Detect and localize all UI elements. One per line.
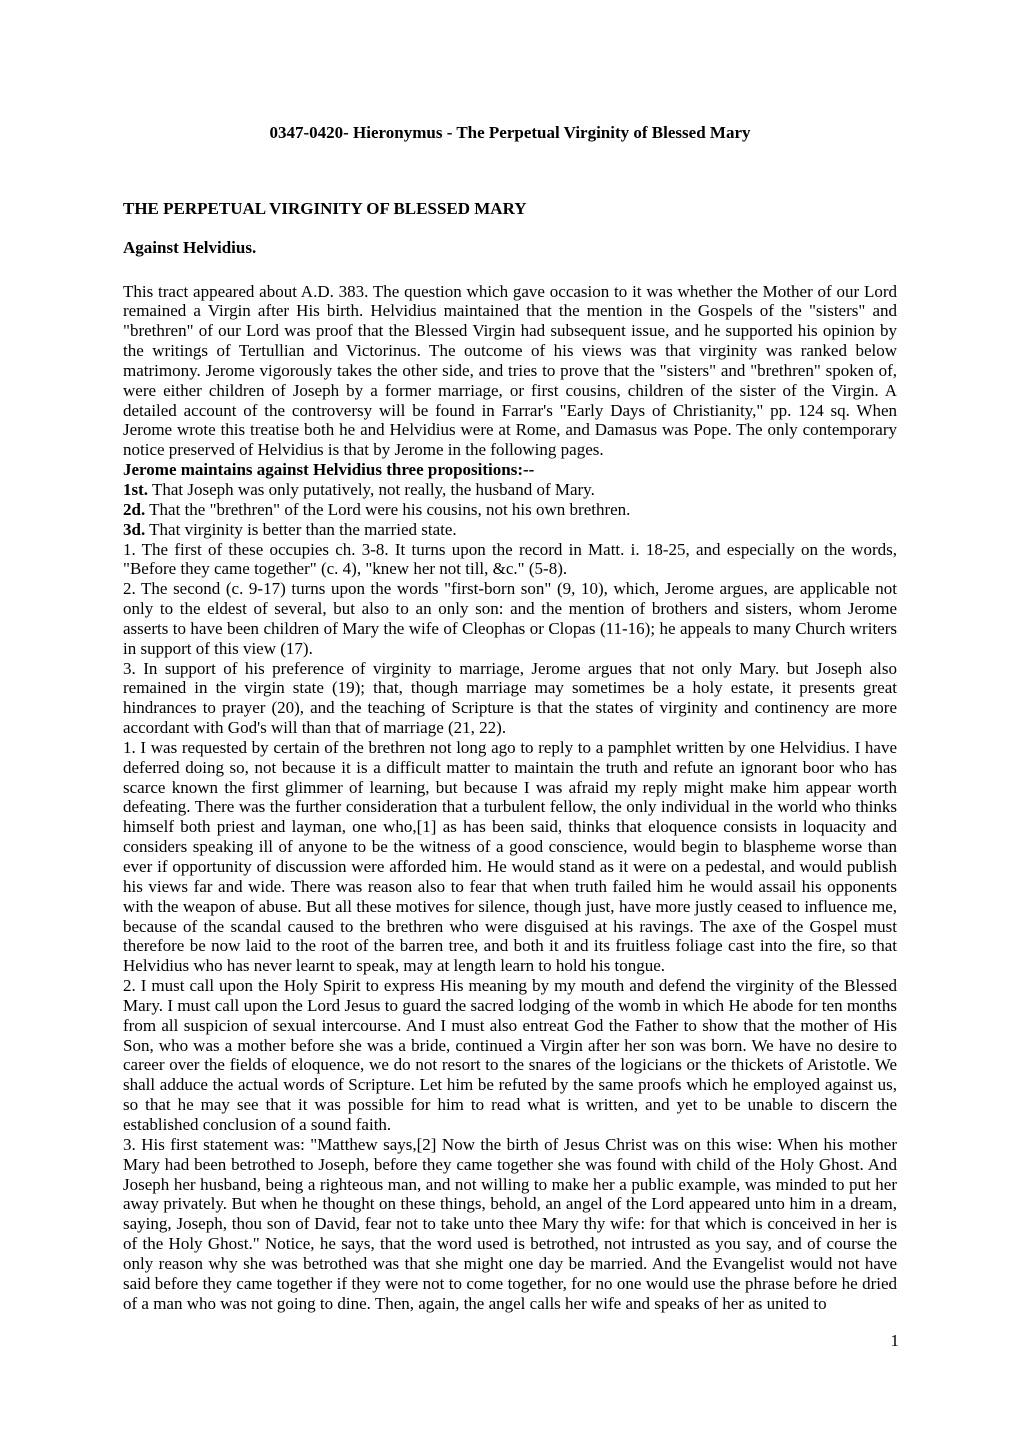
document-subtitle: Against Helvidius. [123,238,897,258]
body-paragraph-3: 3. His first statement was: "Matthew say… [123,1135,897,1314]
proposition-3-label: 3d. [123,520,145,539]
page-number: 1 [891,1331,900,1351]
outline-point-3: 3. In support of his preference of virgi… [123,659,897,738]
intro-paragraph: This tract appeared about A.D. 383. The … [123,282,897,461]
document-header: 0347-0420- Hieronymus - The Perpetual Vi… [123,123,897,143]
document-body: This tract appeared about A.D. 383. The … [123,282,897,1314]
document-page: 0347-0420- Hieronymus - The Perpetual Vi… [0,0,1020,1443]
proposition-3-text: That virginity is better than the marrie… [149,520,457,539]
proposition-1: 1st. That Joseph was only putatively, no… [123,480,897,500]
proposition-1-label: 1st. [123,480,148,499]
body-paragraph-2: 2. I must call upon the Holy Spirit to e… [123,976,897,1135]
body-paragraph-1: 1. I was requested by certain of the bre… [123,738,897,976]
proposition-1-text: That Joseph was only putatively, not rea… [152,480,595,499]
document-title: THE PERPETUAL VIRGINITY OF BLESSED MARY [123,199,897,219]
proposition-2-text: That the "brethren" of the Lord were his… [149,500,630,519]
proposition-3: 3d. That virginity is better than the ma… [123,520,897,540]
outline-point-1: 1. The first of these occupies ch. 3-8. … [123,540,897,580]
proposition-2: 2d. That the "brethren" of the Lord were… [123,500,897,520]
propositions-heading: Jerome maintains against Helvidius three… [123,460,897,480]
outline-point-2: 2. The second (c. 9-17) turns upon the w… [123,579,897,658]
proposition-2-label: 2d. [123,500,145,519]
